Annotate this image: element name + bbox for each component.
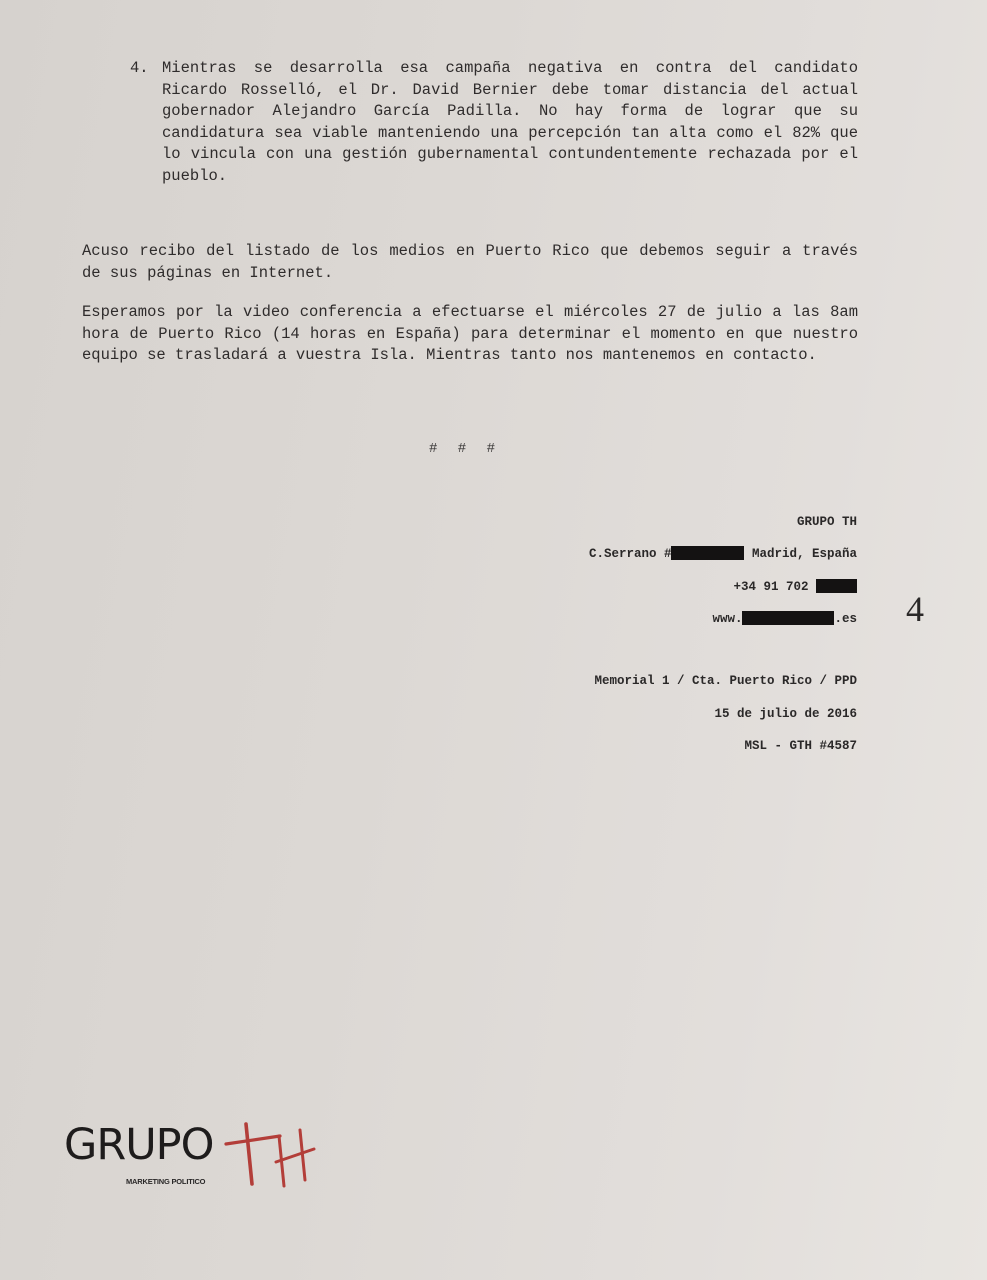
signature-phone: +34 91 702	[733, 579, 857, 594]
redaction-block	[816, 579, 857, 593]
signature-address: C.Serrano # Madrid, España	[589, 546, 857, 561]
signature-website: www..es	[712, 611, 857, 626]
paragraph-video-conference: Esperamos por la video conferencia a efe…	[82, 302, 858, 367]
list-item-4: 4. Mientras se desarrolla esa campaña ne…	[130, 58, 858, 188]
grupo-th-logo: GRUPO MARKETING POLITICO	[64, 1124, 213, 1167]
phone-prefix: +34 91 702	[733, 580, 808, 594]
web-suffix: .es	[834, 612, 857, 626]
paragraph-acknowledgement: Acuso recibo del listado de los medios e…	[82, 241, 858, 284]
document-page: 4. Mientras se desarrolla esa campaña ne…	[0, 0, 987, 1280]
list-item-number: 4.	[130, 58, 162, 188]
th-brushstroke-icon	[222, 1118, 322, 1190]
address-suffix: Madrid, España	[752, 547, 857, 561]
redaction-block	[671, 546, 744, 560]
address-prefix: C.Serrano #	[589, 547, 672, 561]
reference-memorial: Memorial 1 / Cta. Puerto Rico / PPD	[594, 674, 857, 688]
reference-date: 15 de julio de 2016	[714, 707, 857, 721]
reference-code: MSL - GTH #4587	[744, 739, 857, 753]
end-marker: # # #	[0, 441, 930, 457]
web-prefix: www.	[712, 612, 742, 626]
signature-company: GRUPO TH	[797, 515, 857, 529]
logo-wordmark: GRUPO	[64, 1124, 213, 1167]
page-number: 4	[906, 588, 924, 630]
logo-tagline: MARKETING POLITICO	[126, 1177, 205, 1186]
redaction-block	[742, 611, 834, 625]
list-item-text: Mientras se desarrolla esa campaña negat…	[162, 58, 858, 188]
